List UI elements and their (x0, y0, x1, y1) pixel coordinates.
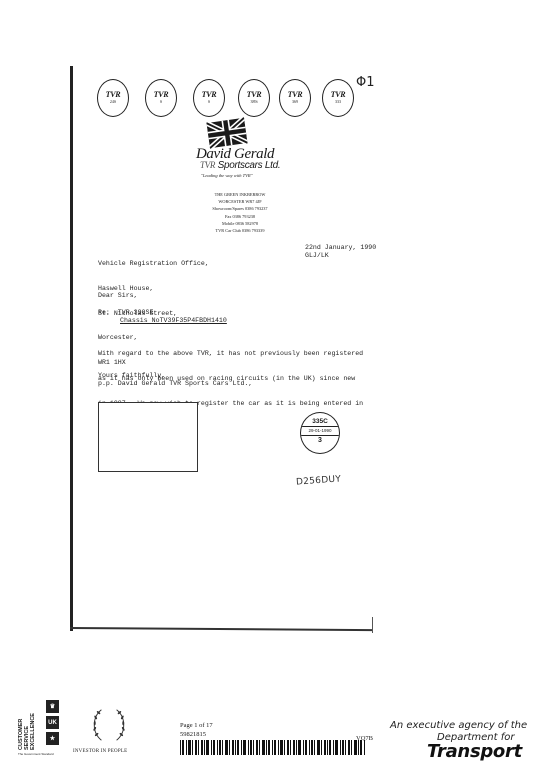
salutation: Dear Sirs, (98, 292, 138, 300)
crown-icon: ♛ (46, 700, 59, 713)
tvr-wordmark: TVR (200, 160, 215, 170)
redacted-signature-box (98, 402, 198, 472)
address-line: WORCESTER WR7 4JF (180, 198, 300, 205)
address-line: TVR Car Club 0386 793339 (180, 227, 300, 234)
address-line: Mobile 0836 582978 (180, 220, 300, 227)
page-border-bottom (70, 627, 372, 631)
stamp-date: 29-01-1990 (301, 426, 339, 436)
closing: Yours faithfully, (98, 372, 165, 380)
page-mark: Φ1 (356, 75, 375, 90)
barcode (180, 740, 368, 755)
badge-model: S (160, 99, 162, 105)
cse-caption: The Government Standard (18, 752, 54, 756)
badge-model: 369 (292, 99, 298, 105)
badge-model: 389i (250, 99, 257, 105)
tvr-badge: TVR 333 (322, 79, 354, 117)
letter-reference: GLJ/LK (305, 252, 329, 260)
handwritten-registration: D256DUY (296, 474, 342, 487)
customer-service-excellence-logo: CUSTOMER SERVICE EXCELLENCE ♛ UK ★ (18, 700, 70, 755)
laurel-wreath-icon (90, 706, 128, 744)
stamp-number: 3 (301, 436, 339, 445)
tvr-badge: TVR 369 (279, 79, 311, 117)
tvr-logo: TVR (331, 91, 346, 99)
subject-line: Re: TVR 390SE (98, 309, 153, 317)
agency-line-1: An executive agency of the (390, 720, 527, 731)
tvr-badge: TVR 389i (238, 79, 270, 117)
chassis-number: Chassis NoTV39F35P4FBDH1410 (120, 317, 227, 325)
body-line: With regard to the above TVR, it has not… (98, 350, 363, 358)
badge-model: 333 (335, 99, 341, 105)
company-sub-text: Sportscars Ltd. (218, 160, 281, 171)
company-address: THE GREEN INKBERROW WORCESTER WR7 4JF Sh… (180, 191, 300, 234)
letter-date: 22nd January, 1990 (305, 244, 376, 252)
stamp-code: 335C (301, 418, 339, 426)
signatory: p.p. David Gerald TVR Sports Cars Ltd., (98, 380, 252, 388)
date-stamp: 335C 29-01-1990 3 (300, 412, 340, 454)
address-line: THE GREEN INKBERROW (180, 191, 300, 198)
company-subtitle: TVR Sportscars Ltd. (200, 160, 280, 171)
address-line: Fax 0386 793238 (180, 213, 300, 220)
page-border-tick (372, 617, 373, 633)
tvr-logo: TVR (106, 91, 121, 99)
tvr-badge: TVR 24S (97, 79, 129, 117)
tvr-logo: TVR (202, 91, 217, 99)
document-id: 59821815 (180, 731, 206, 738)
page-border-left (70, 66, 73, 631)
tvr-badge: TVR S (193, 79, 225, 117)
tvr-model-badges: TVR 24S TVR S TVR S TVR 389i TVR 369 TVR… (97, 79, 397, 119)
recipient-line: Vehicle Registration Office, (98, 260, 209, 268)
company-slogan: "Leading the way with TVR" (201, 173, 253, 178)
tvr-badge: TVR S (145, 79, 177, 117)
address-line: Showroom/Spares 0386 793237 (180, 205, 300, 212)
dft-transport-logo: Transport (427, 741, 522, 762)
tvr-logo: TVR (247, 91, 262, 99)
investors-in-people-text: INVESTOR IN PEOPLE (73, 749, 127, 754)
star-icon: ★ (46, 732, 59, 745)
page-number: Page 1 of 17 (180, 722, 213, 729)
cse-line: EXCELLENCE (30, 700, 36, 750)
badge-model: S (208, 99, 210, 105)
cse-text: CUSTOMER SERVICE EXCELLENCE (18, 700, 42, 750)
uk-badge: UK (46, 716, 59, 729)
badge-model: 24S (110, 99, 116, 105)
tvr-logo: TVR (154, 91, 169, 99)
tvr-logo: TVR (288, 91, 303, 99)
